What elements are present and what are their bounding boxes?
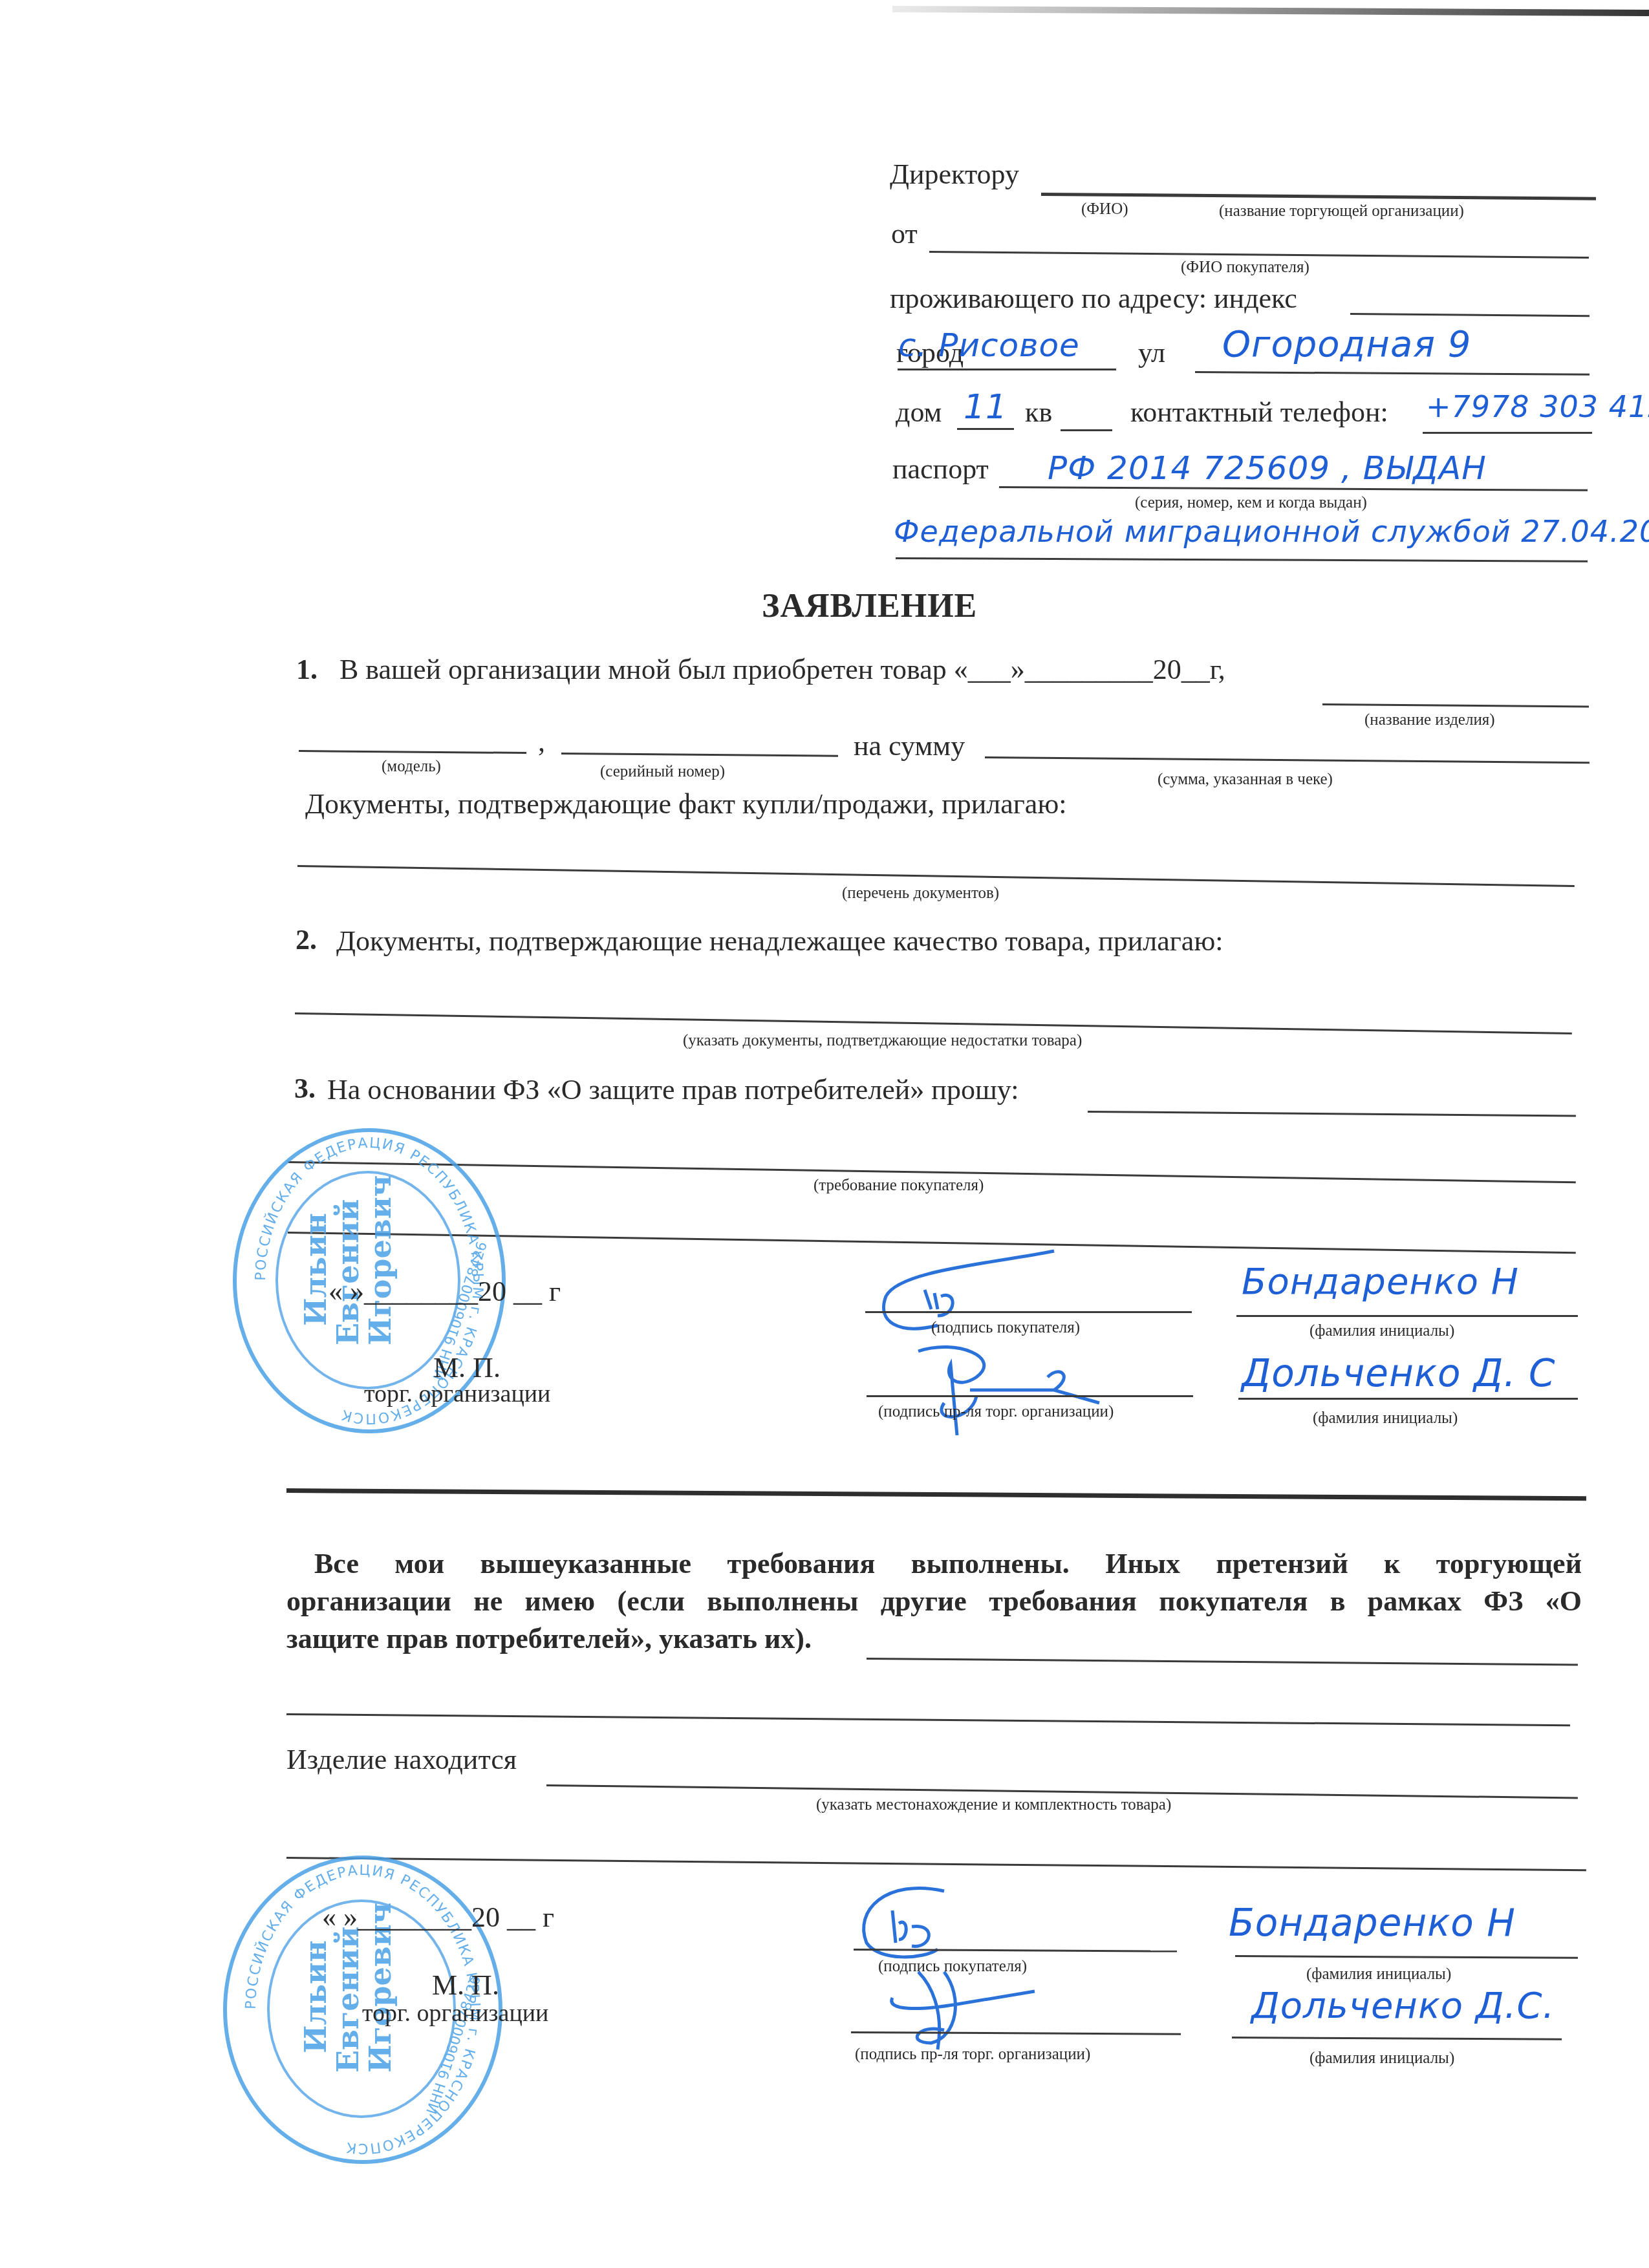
passport-issuer-field[interactable] [896,557,1588,562]
caption-buyer-name-2: (фамилия инициалы) [1306,1965,1451,1984]
index-field[interactable] [1350,313,1590,317]
passport-value: РФ 2014 725609 , ВЫДАН [1048,449,1487,487]
caption-buyer-signature-1: (подпись покупателя) [931,1319,1080,1337]
buyer-name-field-1[interactable] [1236,1315,1578,1317]
seller-name-value-2: Дольченко Д.С. [1251,1985,1555,2027]
sum-field[interactable] [985,756,1590,764]
final-paragraph-line-1: Все мои вышеуказанные требования выполне… [314,1545,1582,1583]
seller-signature-field-1[interactable] [867,1395,1193,1397]
director-label: Директору [890,158,1019,191]
location-label: Изделие находится [286,1743,517,1776]
caption-demand: (требование покупателя) [814,1177,984,1195]
purchase-docs-field[interactable] [297,865,1575,887]
section-1-number: 1. [296,653,318,686]
seller-name-value-1: Дольченко Д. С [1242,1351,1556,1395]
demand-field[interactable] [1088,1111,1576,1117]
caption-seller-signature-1: (подпись пр-ля торг. организации) [878,1403,1114,1421]
section-divider [286,1488,1586,1501]
serial-number-field[interactable] [561,753,838,757]
final-paragraph-line-3: защите прав потребителей», указать их). [286,1620,812,1658]
caption-seller-name-1: (фамилия инициалы) [1313,1409,1458,1428]
buyer-name-value-2: Бондаренко Н [1229,1901,1516,1945]
caption-org-name: (название торгующей организации) [1219,202,1464,220]
caption-buyer-name-1: (фамилия инициалы) [1309,1322,1454,1340]
phone-value: +7978 303 4128 [1426,389,1649,424]
passport-field[interactable] [999,486,1588,491]
buyer-signature-field-1[interactable] [865,1311,1192,1313]
apartment-field[interactable] [1061,429,1112,431]
date-2: « »________20 __ г [322,1901,554,1934]
stamp2-name-1: Ильин [298,1940,333,2053]
other-demands-field[interactable] [867,1658,1578,1666]
caption-fio: (ФИО) [1081,200,1128,219]
scan-edge-shadow [892,6,1649,16]
section-2-number: 2. [296,923,317,956]
caption-quality-docs: (указать документы, подтветджающие недос… [683,1032,1082,1050]
director-field[interactable] [1041,193,1596,200]
sum-label: на сумму [854,729,965,762]
phone-field[interactable] [1423,432,1592,434]
caption-serial: (серийный номер) [600,763,725,781]
street-field[interactable] [1195,371,1590,376]
caption-model: (модель) [382,758,441,776]
buyer-name-field-2[interactable] [1235,1955,1578,1959]
seller-signature-2 [879,1959,1041,2056]
section-2-text: Документы, подтверждающие ненадлежащее к… [336,925,1223,957]
stamp-name-2: Евгений [330,1199,365,1345]
section-1-text: В вашей организации мной был приобретен … [339,653,1225,686]
caption-docs: (перечень документов) [842,884,999,903]
buyer-name-value-1: Бондаренко Н [1242,1261,1519,1303]
section-3-text: На основании ФЗ «О защите прав потребите… [327,1073,1018,1106]
address-label: проживающего по адресу: индекс [890,282,1297,315]
stamp-name-1: Ильин [298,1213,333,1326]
seal-org-1: торг. организации [364,1380,550,1408]
caption-passport: (серия, номер, кем и когда выдан) [1135,494,1367,512]
city-value: с. Рисовое [898,326,1080,364]
stamp2-name-2: Евгений [330,1927,365,2073]
caption-seller-name-2: (фамилия инициалы) [1309,2049,1454,2068]
comma: , [538,725,545,758]
caption-buyer-fio: (ФИО покупателя) [1181,259,1309,277]
caption-sum: (сумма, указанная в чеке) [1158,771,1333,789]
stamp-name-3: Игоревич [363,1175,398,1345]
caption-location: (указать местонахождение и комплектность… [816,1796,1171,1814]
item-name-field[interactable] [1322,703,1589,708]
passport-issuer-value: Федеральной миграционной службой 27.04.2… [894,514,1649,549]
date-1: « »________20 __ г [329,1275,561,1308]
document-title: ЗАЯВЛЕНИЕ [762,587,977,625]
from-label: от [891,217,918,250]
city-field[interactable] [898,369,1116,370]
purchase-docs-text: Документы, подтверждающие факт купли/про… [305,787,1066,820]
seller-name-field-2[interactable] [1232,2037,1562,2040]
passport-label: паспорт [892,453,989,486]
quality-docs-field[interactable] [295,1012,1572,1034]
model-field[interactable] [299,750,526,754]
caption-seller-signature-2: (подпись пр-ля торг. организации) [855,2046,1090,2064]
section-3-number: 3. [294,1072,316,1105]
seller-name-field-1[interactable] [1238,1398,1578,1400]
seal-mp-2: М. П. [432,1969,499,2002]
seal-org-2: торг. организации [362,1999,548,2027]
street-value: Огородная 9 [1222,323,1471,365]
buyer-name-field[interactable] [929,251,1589,259]
final-paragraph-line-2: организации не имею (если выполнены друг… [286,1583,1582,1620]
other-demands-field-2[interactable] [286,1713,1570,1726]
caption-item-name: (название изделия) [1364,711,1495,729]
house-label: дом [896,396,942,429]
street-label: ул [1138,336,1165,369]
phone-label: контактный телефон: [1130,396,1388,429]
apartment-label: кв [1025,396,1052,429]
house-field[interactable] [957,428,1014,430]
house-value: 11 [964,388,1008,427]
